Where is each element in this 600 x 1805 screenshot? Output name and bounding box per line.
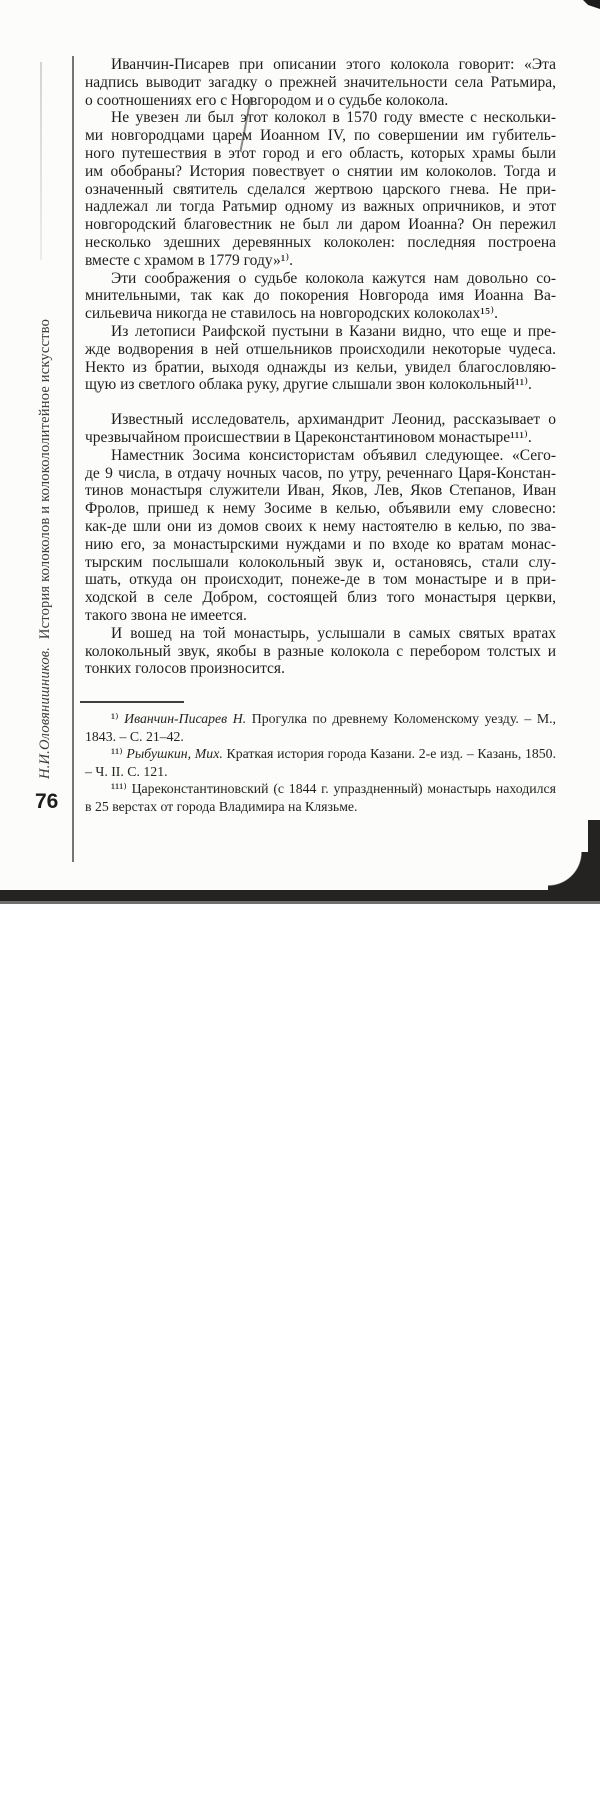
- sidebar-vertical-title: Н.И.Оловянишников. История колоколов и к…: [37, 319, 54, 779]
- text-line: ми новгородцами царем Иоанном IV, по сов…: [85, 127, 556, 145]
- footnote: ¹⁾ Иванчин-Писарев Н. Прогулка по древне…: [85, 710, 556, 745]
- text-line: мнительными, так как до покорения Новгор…: [85, 287, 556, 305]
- text-line: надпись выводит загадку о прежней значит…: [85, 74, 556, 92]
- text-line: Иванчин-Писарев при описании этого колок…: [85, 56, 556, 74]
- paragraph: Наместник Зосима консистористам объявил …: [85, 447, 556, 625]
- text-line: жде водворения в ней отшельников происхо…: [85, 341, 556, 359]
- text-line: Фролов, пришед к нему Зосиме в келью, об…: [85, 500, 556, 518]
- paragraph: Не увезен ли был этот колокол в 1570 год…: [85, 109, 556, 269]
- footnote-marker: ¹⁾: [111, 711, 119, 726]
- text-line: им обобраны? История повествует о снятии…: [85, 163, 556, 181]
- text-line: ного путешествия в этот город и его обла…: [85, 145, 556, 163]
- text-line: Эти соображения о судьбе колокола кажутс…: [85, 270, 556, 288]
- footnotes-block: ¹⁾ Иванчин-Писарев Н. Прогулка по древне…: [85, 710, 556, 816]
- paragraph: Известный исследователь, архимандрит Лео…: [85, 411, 556, 447]
- text-line: чрезвычайном происшествии в Цареконстант…: [85, 429, 556, 447]
- book-title: История колоколов и колокололитейное иск…: [37, 319, 53, 639]
- scanned-book-page: Н.И.Оловянишников. История колоколов и к…: [0, 0, 600, 1805]
- footnote: ¹¹⁾ Рыбушкин, Мих. Краткая история город…: [85, 745, 556, 780]
- text-line: тонких голосов произносится.: [85, 660, 556, 678]
- text-line: колокольный звук, якобы в разные колокол…: [85, 643, 556, 661]
- text-line: тинов монастыря служители Иван, Яков, Ле…: [85, 482, 556, 500]
- text-line: несколько здешних деревянных колоколен: …: [85, 234, 556, 252]
- footnote-separator: [80, 701, 184, 703]
- scan-edge-bar: [588, 820, 600, 892]
- scan-corner-fill: [548, 852, 588, 890]
- footnote-marker: ¹¹¹⁾: [111, 781, 127, 796]
- text-line: Наместник Зосима консистористам объявил …: [85, 447, 556, 465]
- book-author: Н.И.Оловянишников.: [37, 647, 53, 779]
- page-number: 76: [35, 790, 58, 814]
- paragraph: Эти соображения о судьбе колокола кажутс…: [85, 270, 556, 323]
- footnote-author: Рыбушкин, Мих.: [126, 746, 222, 761]
- text-line: И вошед на той монастырь, услышали в сам…: [85, 625, 556, 643]
- footnote-marker: ¹¹⁾: [111, 746, 123, 761]
- scan-bottom-band: [0, 890, 600, 901]
- paragraph: Из летописи Раифской пустыни в Казани ви…: [85, 323, 556, 394]
- text-line: надлежал ли тогда Ратьмир одному из важн…: [85, 198, 556, 216]
- scan-corner-mark: [583, 0, 600, 9]
- text-line: новгородский благовестник не был ли даро…: [85, 216, 556, 234]
- footnote-author: Иванчин-Писарев Н.: [124, 711, 246, 726]
- text-line: тырским послышали колокольный звук и, ос…: [85, 554, 556, 572]
- body-text-column: Иванчин-Писарев при описании этого колок…: [85, 56, 556, 678]
- text-line: Известный исследователь, архимандрит Лео…: [85, 411, 556, 429]
- text-line: нию его, за монастырскими нуждами и по в…: [85, 536, 556, 554]
- text-line: сильевича никогда не ставилось на новгор…: [85, 305, 556, 323]
- paragraph: Иванчин-Писарев при описании этого колок…: [85, 56, 556, 109]
- text-line: Из летописи Раифской пустыни в Казани ви…: [85, 323, 556, 341]
- text-line: вместе с храмом в 1779 году»¹⁾.: [85, 252, 556, 270]
- scan-bottom-band-shadow: [0, 901, 600, 904]
- text-line: ходской в селе Добром, состоящей близ то…: [85, 589, 556, 607]
- footnote-text: Цареконстантиновский (с 1844 г. упраздне…: [85, 781, 556, 814]
- text-line: такого звона не имеется.: [85, 607, 556, 625]
- text-line: де 9 числа, в отдачу ночных часов, по ут…: [85, 465, 556, 483]
- text-line: означенный святитель сделался жертвою ца…: [85, 181, 556, 199]
- gutter-shadow: [40, 62, 42, 260]
- scan-paper-area: Н.И.Оловянишников. История колоколов и к…: [0, 0, 600, 901]
- text-line: как-де шли они из домов своих к нему нас…: [85, 518, 556, 536]
- text-line: Не увезен ли был этот колокол в 1570 год…: [85, 109, 556, 127]
- text-line: щую из светлого облака руку, другие слыш…: [85, 376, 556, 394]
- text-line: о соотношениях его с Новгородом и о судь…: [85, 92, 556, 110]
- paragraph: И вошед на той монастырь, услышали в сам…: [85, 625, 556, 678]
- margin-rule: [72, 56, 74, 862]
- footnote: ¹¹¹⁾ Цареконстантиновский (с 1844 г. упр…: [85, 780, 556, 815]
- text-line: Некто из братии, выходя однажды из кельи…: [85, 359, 556, 377]
- text-line: шать, откуда он происходит, понеже-де в …: [85, 571, 556, 589]
